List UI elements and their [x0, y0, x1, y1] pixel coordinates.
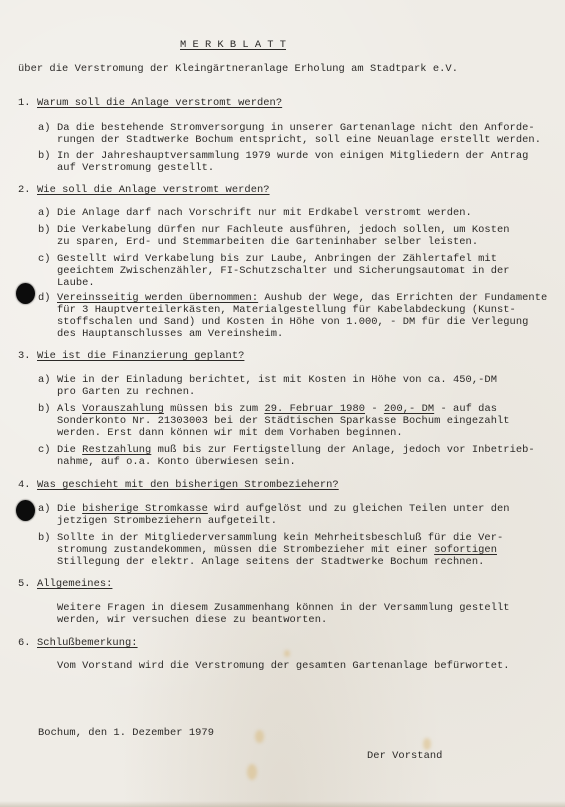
- text-span: -: [365, 403, 384, 415]
- item-text: rungen der Stadtwerke Bochum entspricht,…: [57, 134, 541, 146]
- text-span: Aushub der Wege, das Errichten der Funda…: [258, 292, 547, 304]
- section-1-heading: Warum soll die Anlage verstromt werden?: [37, 97, 282, 109]
- item-text: Die Restzahlung muß bis zur Fertigstellu…: [57, 444, 535, 456]
- item-label: b): [38, 224, 51, 236]
- section-5-number: 5.: [18, 578, 31, 590]
- stain: [423, 738, 431, 750]
- item-text: Stillegung der elektr. Anlage seitens de…: [57, 556, 484, 568]
- text-span: Die: [57, 503, 82, 515]
- place-date: Bochum, den 1. Dezember 1979: [38, 727, 214, 739]
- text-span: wird aufgelöst und zu gleichen Teilen un…: [208, 503, 510, 515]
- underlined-phrase: bisherige Stromkasse: [82, 503, 208, 515]
- section-4-number: 4.: [18, 479, 31, 491]
- item-text: des Hauptanschlusses am Vereinsheim.: [57, 328, 283, 340]
- item-label: d): [38, 292, 51, 304]
- item-label: a): [38, 122, 51, 134]
- text-span: stromung zustandekommen, müssen die Stro…: [57, 544, 434, 556]
- section-2-number: 2.: [18, 184, 31, 196]
- item-text: geeichtem Zwischenzähler, FI-Schutzschal…: [57, 265, 510, 277]
- signature: Der Vorstand: [367, 750, 442, 762]
- item-text: Die bisherige Stromkasse wird aufgelöst …: [57, 503, 510, 515]
- section-2-heading: Wie soll die Anlage verstromt werden?: [37, 184, 270, 196]
- item-text: werden. Erst dann können wir mit dem Vor…: [57, 427, 403, 439]
- item-label: b): [38, 150, 51, 162]
- document-title: M E R K B L A T T: [180, 39, 286, 51]
- item-label: a): [38, 207, 51, 219]
- item-text: jetzigen Strombeziehern aufgeteilt.: [57, 515, 277, 527]
- punch-hole-bottom: [16, 500, 35, 521]
- text-span: muß bis zur Fertigstellung der Anlage, j…: [151, 444, 534, 456]
- underlined-amount: 200,- DM: [384, 403, 434, 415]
- item-label: c): [38, 444, 51, 456]
- section-6-heading: Schlußbemerkung:: [37, 637, 138, 649]
- punch-hole-top: [16, 283, 35, 304]
- section-text: Weitere Fragen in diesem Zusammenhang kö…: [57, 602, 510, 614]
- section-3-heading: Wie ist die Finanzierung geplant?: [37, 350, 244, 362]
- section-4-heading: Was geschieht mit den bisherigen Strombe…: [37, 479, 339, 491]
- item-text: zu sparen, Erd- und Stemmarbeiten die Ga…: [57, 236, 478, 248]
- item-text: Die Verkabelung dürfen nur Fachleute aus…: [57, 224, 510, 236]
- item-label: a): [38, 503, 51, 515]
- stain: [247, 764, 257, 780]
- item-text: auf Verstromung gestellt.: [57, 162, 214, 174]
- item-text: Sollte in der Mitgliederversammlung kein…: [57, 532, 503, 544]
- underlined-date: 29. Februar 1980: [264, 403, 365, 415]
- item-text: stoffschalen und Sand) und Kosten in Höh…: [57, 316, 528, 328]
- text-span: müssen bis zum: [164, 403, 265, 415]
- item-label: b): [38, 403, 51, 415]
- item-label: b): [38, 532, 51, 544]
- item-text: Als Vorauszahlung müssen bis zum 29. Feb…: [57, 403, 497, 415]
- item-label: c): [38, 253, 51, 265]
- item-label: a): [38, 374, 51, 386]
- underlined-phrase: Restzahlung: [82, 444, 151, 456]
- section-text: werden, wir versuchen diese zu beantwort…: [57, 614, 327, 626]
- item-text: stromung zustandekommen, müssen die Stro…: [57, 544, 497, 556]
- item-text: In der Jahreshauptversammlung 1979 wurde…: [57, 150, 528, 162]
- stain: [255, 730, 264, 743]
- paper-edge: [0, 801, 565, 807]
- item-text: Da die bestehende Stromversorgung in uns…: [57, 122, 535, 134]
- section-6-number: 6.: [18, 637, 31, 649]
- item-text: Laube.: [57, 277, 95, 289]
- item-text: pro Garten zu rechnen.: [57, 386, 195, 398]
- item-text: für 3 Hauptverteilerkästen, Materialgest…: [57, 304, 516, 316]
- document-page: M E R K B L A T T über die Verstromung d…: [0, 0, 565, 807]
- section-3-number: 3.: [18, 350, 31, 362]
- item-text: Gestellt wird Verkabelung bis zur Laube,…: [57, 253, 497, 265]
- item-text: nahme, auf o.a. Konto überwiesen sein.: [57, 456, 296, 468]
- section-text: Vom Vorstand wird die Verstromung der ge…: [57, 660, 510, 672]
- text-span: Als: [57, 403, 82, 415]
- item-text: Die Anlage darf nach Vorschrift nur mit …: [57, 207, 472, 219]
- section-5-heading: Allgemeines:: [37, 578, 112, 590]
- document-subtitle: über die Verstromung der Kleingärtneranl…: [18, 63, 458, 75]
- item-text: Sonderkonto Nr. 21303003 bei der Städtis…: [57, 415, 510, 427]
- item-text: Wie in der Einladung berichtet, ist mit …: [57, 374, 497, 386]
- item-text: Vereinsseitig werden übernommen: Aushub …: [57, 292, 547, 304]
- text-span: - auf das: [434, 403, 497, 415]
- underlined-phrase: Vereinsseitig werden übernommen:: [57, 292, 258, 304]
- underlined-phrase: sofortigen: [434, 544, 497, 556]
- stain: [284, 650, 290, 657]
- underlined-phrase: Vorauszahlung: [82, 403, 164, 415]
- section-1-number: 1.: [18, 97, 31, 109]
- text-span: Die: [57, 444, 82, 456]
